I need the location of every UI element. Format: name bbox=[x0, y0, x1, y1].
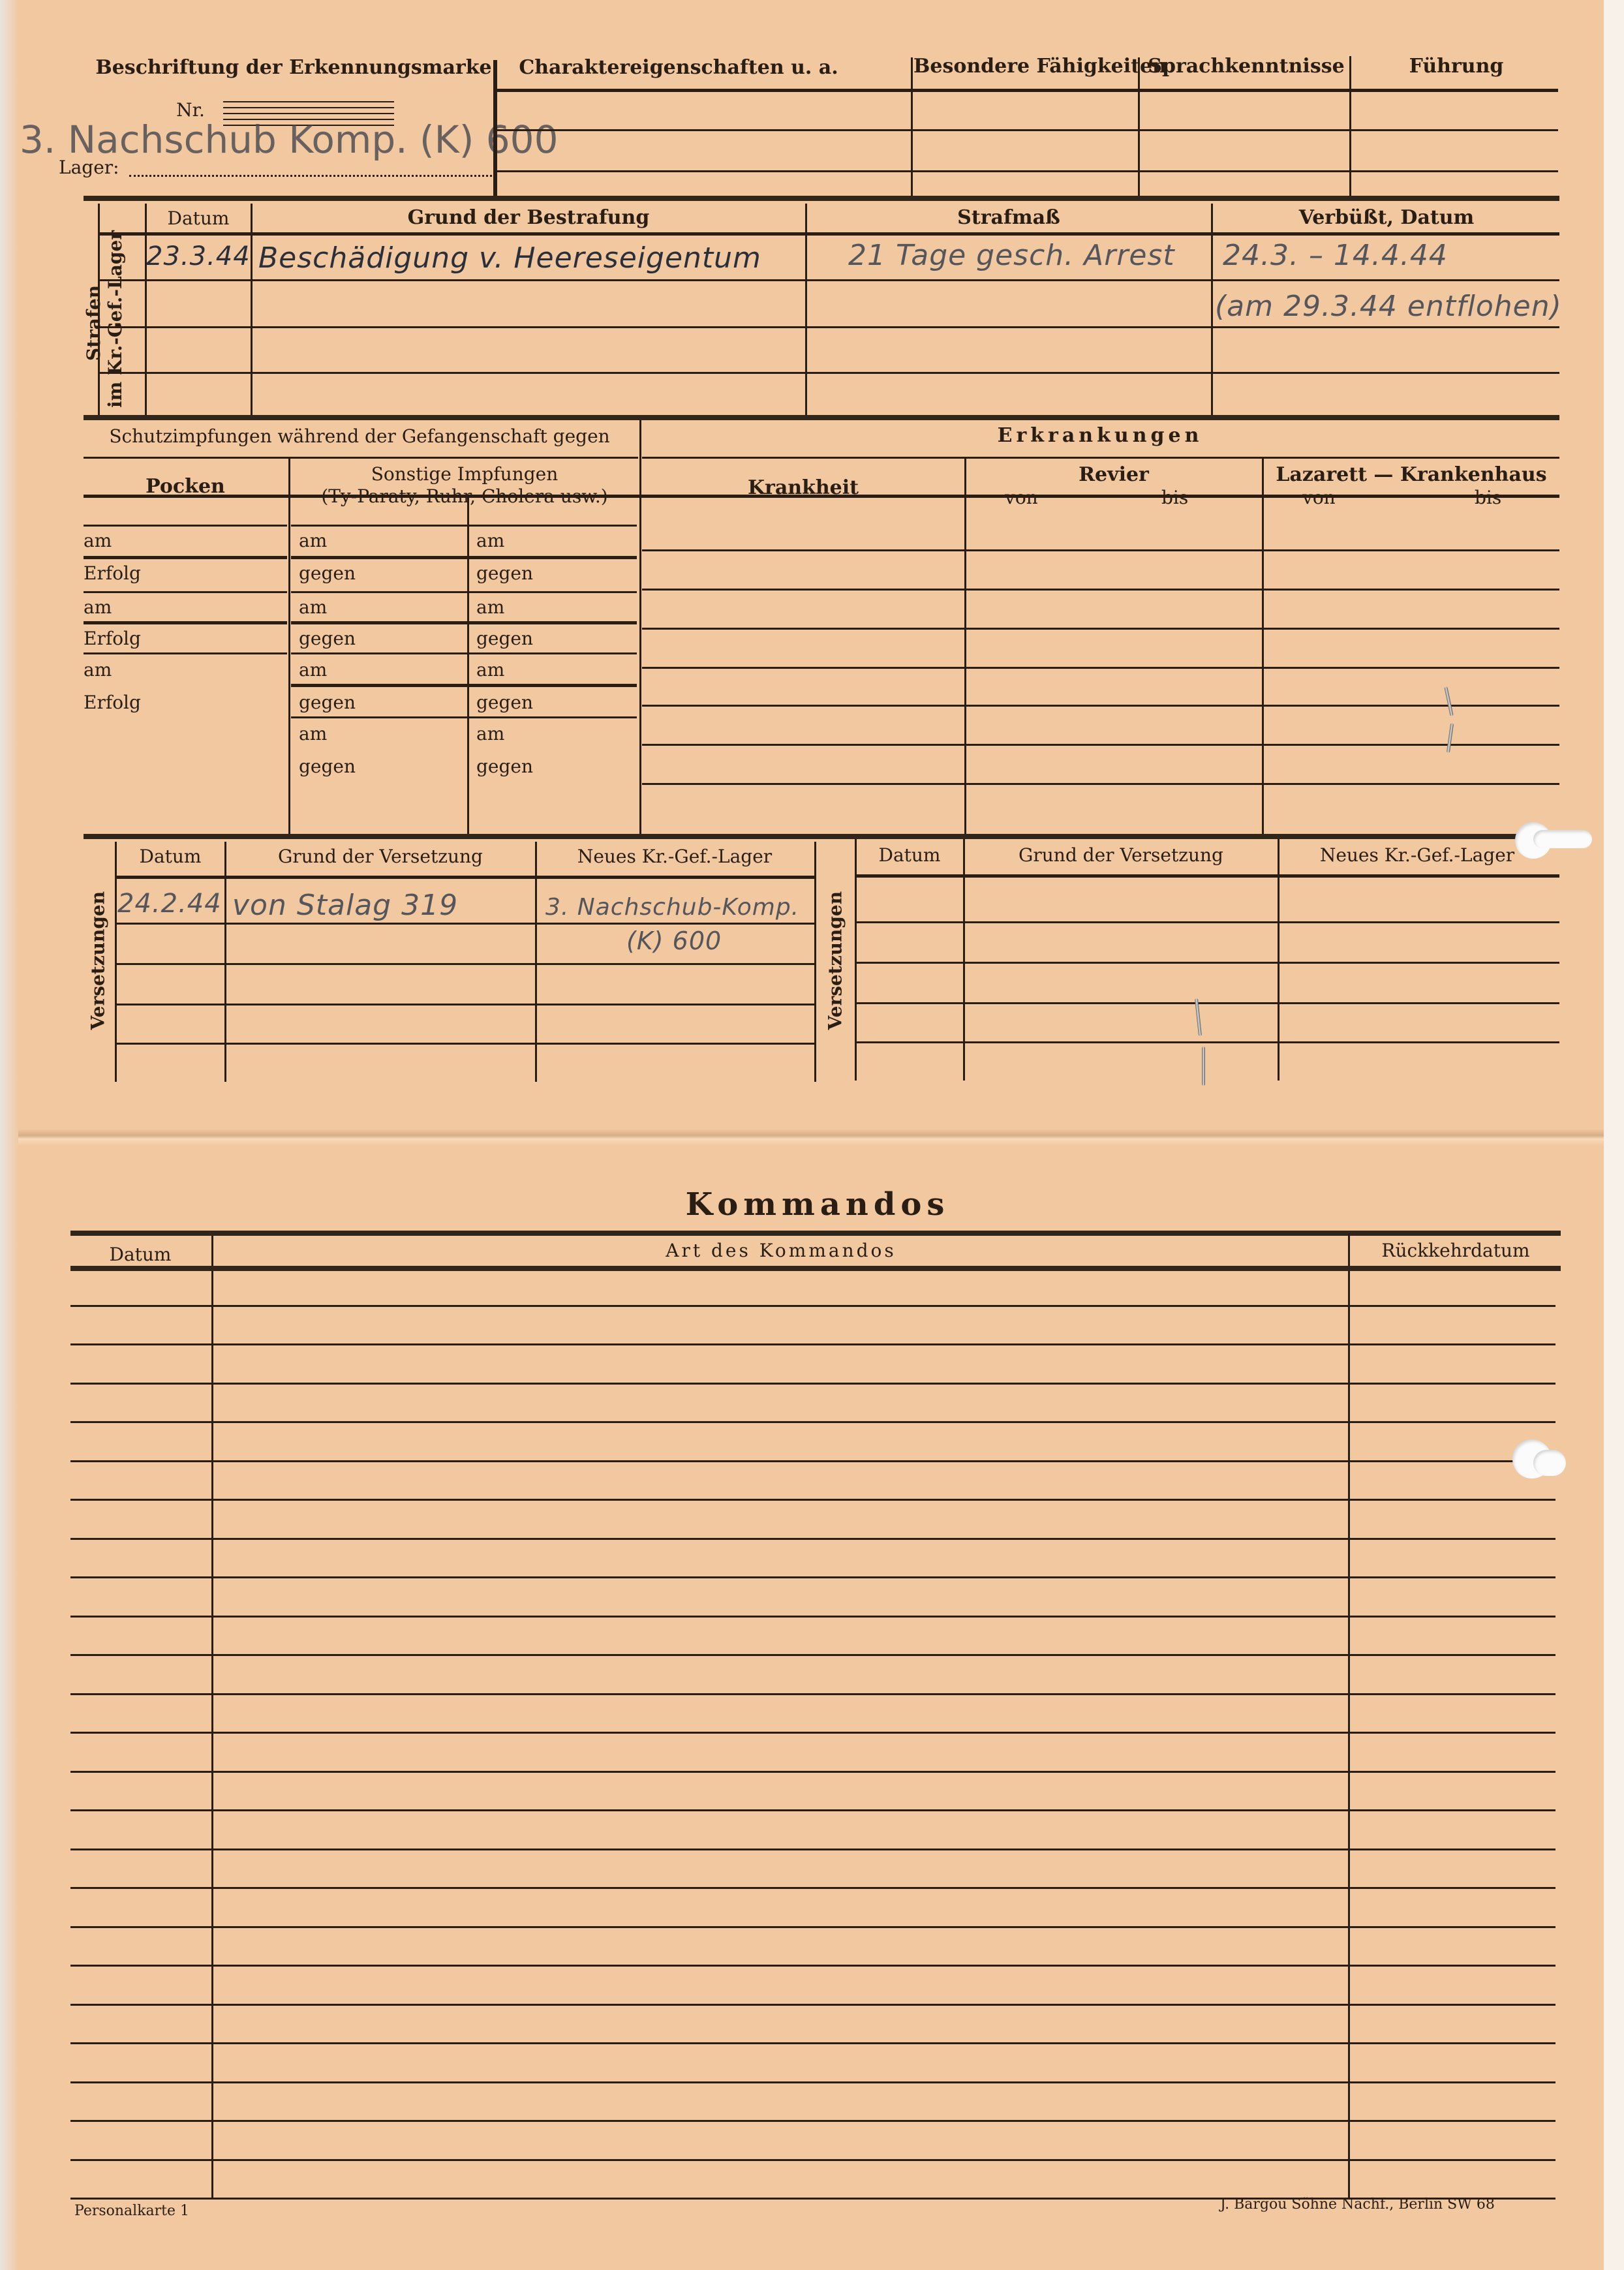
pocken-am-2: am bbox=[84, 596, 112, 618]
sonstige-a-gegen-2: gegen bbox=[299, 628, 356, 649]
kommandos-row bbox=[70, 1965, 1555, 1967]
kommandos-row bbox=[70, 1848, 1555, 1850]
transfers-side-label-left: Versetzungen bbox=[87, 900, 109, 1030]
kommandos-row bbox=[70, 1732, 1555, 1734]
pocken-am-3: am bbox=[84, 659, 112, 681]
kommandos-col-art: Art des Kommandos bbox=[215, 1240, 1347, 1261]
sonstige-a-gegen-1: gegen bbox=[299, 562, 356, 584]
kommandos-row bbox=[70, 2004, 1555, 2006]
form-name: Personalkarte 1 bbox=[74, 2203, 189, 2219]
sonstige-b-am-1: am bbox=[476, 530, 504, 551]
kommandos-row bbox=[70, 1809, 1555, 1811]
pocken-erfolg-1: Erfolg bbox=[84, 562, 141, 584]
unit-stamp: 3. Nachschub Komp. (K) 600 bbox=[20, 117, 558, 162]
punishment-datum: 23.3.44 bbox=[146, 241, 251, 271]
pocken-am-1: am bbox=[84, 530, 112, 551]
punishment-verbuesst: 24.3. – 14.4.44 bbox=[1223, 239, 1448, 272]
kommandos-col-rueckkehrdatum: Rückkehrdatum bbox=[1351, 1240, 1561, 1261]
kommandos-row bbox=[70, 1693, 1555, 1695]
col-krankheit: Krankheit bbox=[642, 476, 964, 499]
sonstige-b-gegen-4: gegen bbox=[476, 756, 533, 777]
punishment-note-escaped: (am 29.3.44 entflohen) bbox=[1215, 290, 1562, 323]
kommandos-row bbox=[70, 1887, 1555, 1889]
sonstige-a-am-1: am bbox=[299, 530, 327, 551]
kommandos-row bbox=[70, 2159, 1555, 2161]
scan-background-right bbox=[1604, 0, 1624, 2270]
side-label-strafen: Strafen bbox=[83, 285, 104, 361]
sonstige-b-am-3: am bbox=[476, 659, 504, 681]
col-revier: Revier bbox=[967, 463, 1261, 486]
illnesses-heading: Erkrankungen bbox=[642, 424, 1558, 447]
kommandos-row bbox=[70, 1383, 1555, 1385]
sonstige-b-am-4: am bbox=[476, 723, 504, 744]
lazarett-bis: bis bbox=[1475, 487, 1501, 508]
transfer-col-datum: Datum bbox=[117, 846, 223, 867]
col-besondere-faehigkeiten: Besondere Fähigkeiten bbox=[913, 55, 1135, 78]
kommandos-row bbox=[70, 2042, 1555, 2044]
kommandos-row bbox=[70, 1926, 1555, 1928]
sonstige-a-gegen-3: gegen bbox=[299, 692, 356, 713]
col-strafmass: Strafmaß bbox=[808, 206, 1210, 229]
transfers-side-label-right: Versetzungen bbox=[825, 900, 846, 1030]
sonstige-a-am-2: am bbox=[299, 596, 327, 618]
sonstige-b-am-2: am bbox=[476, 596, 504, 618]
col-grund-der-bestrafung: Grund der Bestrafung bbox=[253, 206, 804, 229]
col-verbuesst-datum: Verbüßt, Datum bbox=[1214, 206, 1559, 229]
kommandos-row bbox=[70, 1654, 1555, 1656]
sonstige-b-gegen-1: gegen bbox=[476, 562, 533, 584]
punch-hole-upper-slot bbox=[1533, 830, 1592, 848]
kommandos-row bbox=[70, 1305, 1555, 1307]
lager-field[interactable] bbox=[129, 175, 492, 177]
kommandos-row bbox=[70, 2120, 1555, 2122]
transfer-right-col-datum: Datum bbox=[857, 844, 962, 866]
col-charaktereigenschaften: Charaktereigenschaften u. a. bbox=[502, 56, 855, 79]
sonstige-b-gegen-3: gegen bbox=[476, 692, 533, 713]
card-fold-crease bbox=[18, 1129, 1604, 1146]
kommandos-row bbox=[70, 1538, 1555, 1540]
card-edge-left bbox=[0, 0, 18, 2270]
kommandos-col-datum: Datum bbox=[70, 1244, 210, 1265]
lazarett-von: von bbox=[1302, 487, 1336, 508]
side-label-im-lager: im Kr.-Gef.-Lager bbox=[104, 230, 126, 408]
kommandos-row bbox=[70, 1460, 1555, 1462]
transfer-datum: 24.2.44 bbox=[117, 889, 222, 919]
col-sonstige-impfungen: Sonstige Impfungen bbox=[291, 463, 638, 485]
sonstige-a-am-4: am bbox=[299, 723, 327, 744]
kommandos-title: Kommandos bbox=[70, 1186, 1565, 1223]
col-sprachkenntnisse: Sprachkenntnisse bbox=[1142, 55, 1351, 78]
kommandos-row bbox=[70, 2081, 1555, 2083]
kommandos-row bbox=[70, 1499, 1555, 1501]
punishment-grund: Beschädigung v. Heereseigentum bbox=[258, 241, 761, 275]
kommandos-row bbox=[70, 1343, 1555, 1345]
punch-hole-lower-slot bbox=[1533, 1450, 1566, 1476]
printer-imprint: J. Bargou Söhne Nachf., Berlin SW 68 bbox=[1220, 2196, 1495, 2213]
kommandos-row bbox=[70, 1421, 1555, 1423]
transfer-grund: von Stalag 319 bbox=[232, 889, 458, 922]
transfer-neues-lager-line2: (K) 600 bbox=[626, 927, 722, 955]
kommandos-row bbox=[70, 1771, 1555, 1773]
identity-heading: Beschriftung der Erkennungsmarke bbox=[85, 56, 502, 79]
staple-bottom-b bbox=[1202, 1047, 1205, 1086]
col-fuehrung: Führung bbox=[1353, 55, 1559, 78]
kommandos-row bbox=[70, 1616, 1555, 1618]
transfer-right-col-grund: Grund der Versetzung bbox=[966, 844, 1276, 866]
vaccination-section-bottom-rule bbox=[84, 834, 1559, 839]
pocken-erfolg-2: Erfolg bbox=[84, 628, 141, 649]
transfer-col-grund: Grund der Versetzung bbox=[227, 846, 534, 867]
transfer-col-neues-lager: Neues Kr.-Gef.-Lager bbox=[538, 846, 812, 867]
pocken-erfolg-3: Erfolg bbox=[84, 692, 141, 713]
sonstige-a-gegen-4: gegen bbox=[299, 756, 356, 777]
col-datum: Datum bbox=[147, 207, 249, 229]
punishment-strafmass: 21 Tage gesch. Arrest bbox=[848, 239, 1175, 272]
sonstige-b-gegen-2: gegen bbox=[476, 628, 533, 649]
transfer-right-col-neues-lager: Neues Kr.-Gef.-Lager bbox=[1280, 844, 1554, 866]
kommandos-row bbox=[70, 1576, 1555, 1578]
revier-von: von bbox=[1005, 487, 1038, 508]
vaccinations-heading: Schutzimpfungen während der Gefangenscha… bbox=[84, 425, 636, 447]
transfer-neues-lager: 3. Nachschub-Komp. bbox=[545, 894, 799, 921]
punishments-side-label: Strafen im Kr.-Gef.-Lager bbox=[83, 238, 126, 408]
sonstige-a-am-3: am bbox=[299, 659, 327, 681]
col-lazarett-krankenhaus: Lazarett — Krankenhaus bbox=[1264, 463, 1558, 486]
lager-label: Lager: bbox=[59, 157, 119, 178]
revier-bis: bis bbox=[1161, 487, 1188, 508]
